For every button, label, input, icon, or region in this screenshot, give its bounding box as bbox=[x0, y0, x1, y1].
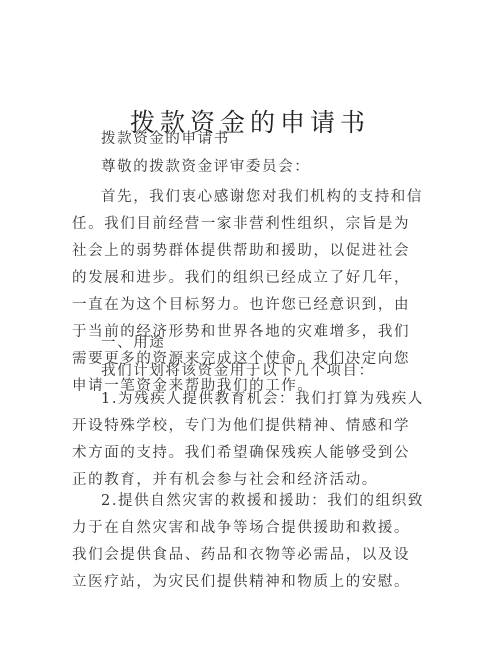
salutation-paragraph: 尊敬的拨款资金评审委员会： bbox=[101, 154, 453, 181]
document-page: 拨款资金的申请书 拨款资金的申请书 尊敬的拨款资金评审委员会： 首先，我们衷心感… bbox=[0, 0, 500, 647]
subtitle-paragraph: 拨款资金的申请书 bbox=[101, 126, 453, 153]
section-heading-purpose: 一、用途 bbox=[101, 330, 453, 357]
purpose-intro-paragraph: 我们计划将该资金用于以下几个项目： bbox=[101, 358, 453, 385]
project-item-2: 2.提供自然灾害的救援和援助：我们的组织致力于在自然灾害和战争等场合提供援助和救… bbox=[72, 488, 424, 596]
project-item-1: 1.为残疾人提供教育机会：我们打算为残疾人开设特殊学校，专门为他们提供精神、情感… bbox=[72, 386, 424, 494]
